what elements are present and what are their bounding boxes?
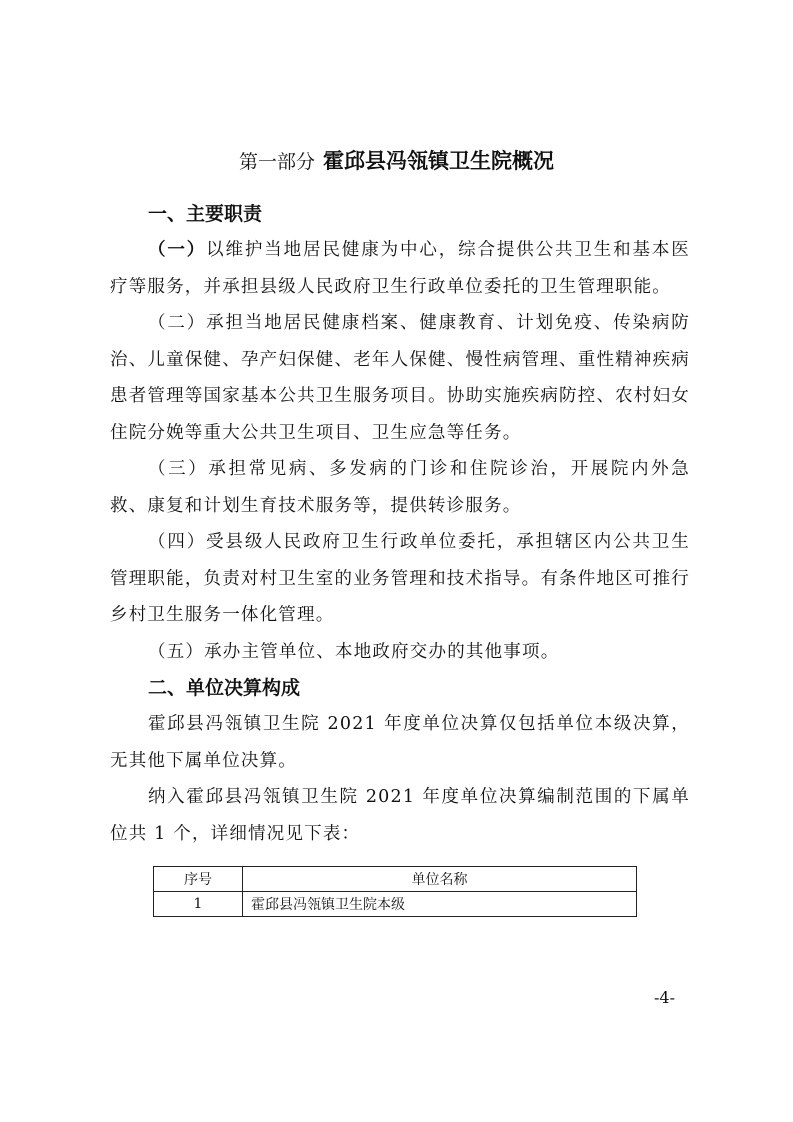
table-header-row: 序号 单位名称 xyxy=(154,867,637,892)
paragraph: （二）承担当地居民健康档案、健康教育、计划免疫、传染病防治、儿童保健、孕产妇保健… xyxy=(110,305,690,451)
paragraph: 纳入霍邱县冯瓴镇卫生院 2021 年度单位决算编制范围的下属单位共 1 个，详细… xyxy=(110,779,690,852)
table-row: 1 霍邱县冯瓴镇卫生院本级 xyxy=(154,892,637,917)
units-table: 序号 单位名称 1 霍邱县冯瓴镇卫生院本级 xyxy=(153,866,637,917)
paragraph: （五）承办主管单位、本地政府交办的其他事项。 xyxy=(110,634,690,671)
page-number: -4- xyxy=(654,988,675,1007)
paragraph: （三）承担常见病、多发病的门诊和住院诊治，开展院内外急救、康复和计划生育技术服务… xyxy=(110,451,690,524)
paragraph: （一）以维护当地居民健康为中心，综合提供公共卫生和基本医疗等服务，并承担县级人民… xyxy=(110,232,690,305)
section-heading-duties: 一、主要职责 xyxy=(110,196,690,232)
paragraph-lead: （一） xyxy=(148,240,206,260)
cell-unit-name: 霍邱县冯瓴镇卫生院本级 xyxy=(243,892,637,917)
column-header-unit-name: 单位名称 xyxy=(243,867,637,892)
page-title: 第一部分霍邱县冯瓴镇卫生院概况 xyxy=(0,146,793,177)
document-body: 一、主要职责 （一）以维护当地居民健康为中心，综合提供公共卫生和基本医疗等服务，… xyxy=(110,196,690,852)
column-header-index: 序号 xyxy=(154,867,243,892)
title-name: 霍邱县冯瓴镇卫生院概况 xyxy=(323,149,554,173)
section-heading-composition: 二、单位决算构成 xyxy=(110,670,690,706)
paragraph: 霍邱县冯瓴镇卫生院 2021 年度单位决算仅包括单位本级决算，无其他下属单位决算… xyxy=(110,706,690,779)
cell-index: 1 xyxy=(154,892,243,917)
paragraph: （四）受县级人民政府卫生行政单位委托，承担辖区内公共卫生管理职能，负责对村卫生室… xyxy=(110,524,690,634)
title-part: 第一部分 xyxy=(239,151,315,173)
